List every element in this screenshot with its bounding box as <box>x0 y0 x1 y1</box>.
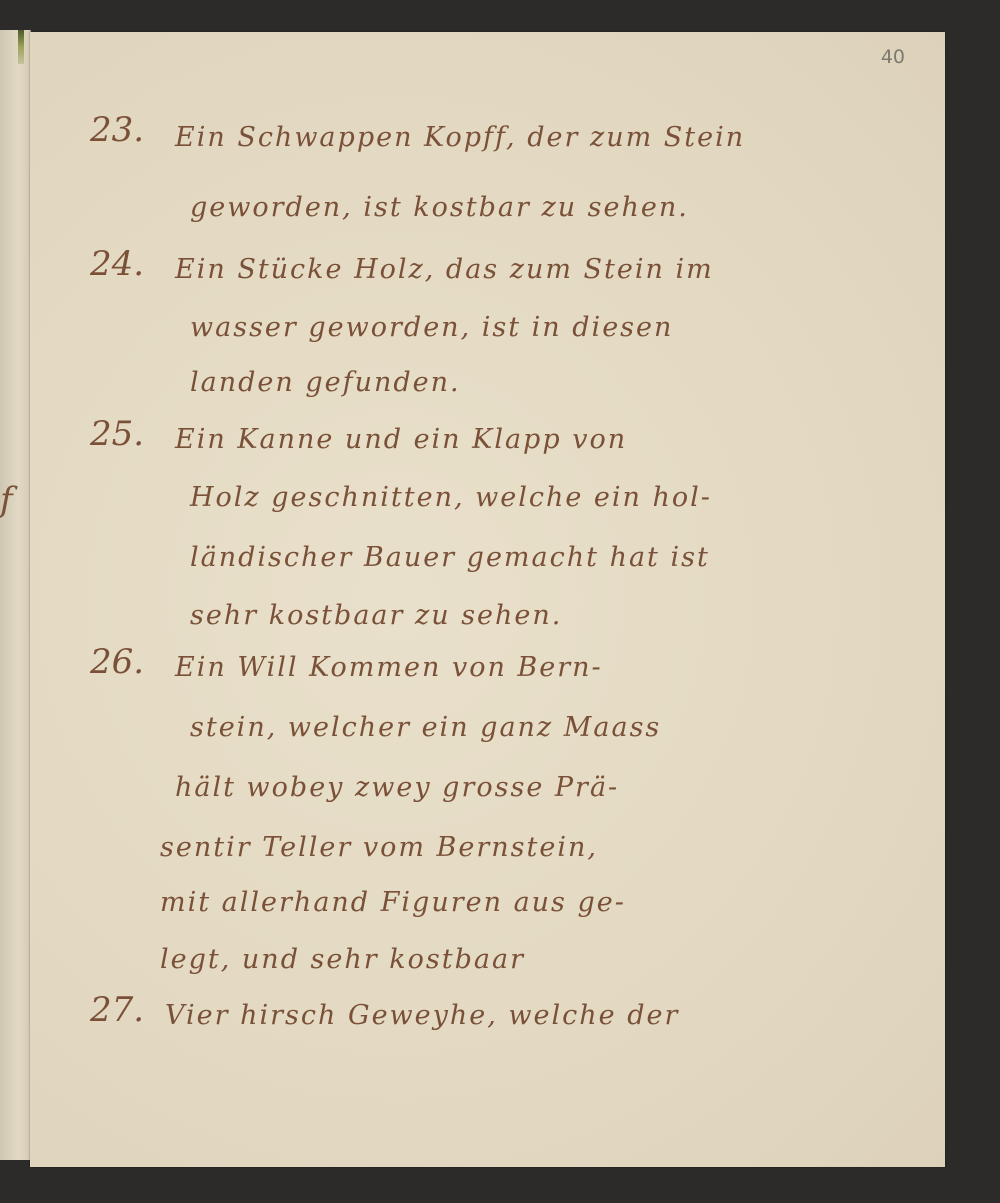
entry-line: ländischer Bauer gemacht hat ist <box>190 542 710 573</box>
facing-page-fragment: f <box>0 480 13 520</box>
entry-line: Holz geschnitten, welche ein hol- <box>190 482 712 513</box>
facing-page-edge: f <box>0 30 31 1160</box>
entry-line: sehr kostbaar zu sehen. <box>190 600 562 631</box>
entry-number: 23. <box>90 110 144 150</box>
manuscript-page: 40 23. Ein Schwappen Kopff, der zum Stei… <box>30 32 945 1167</box>
entry-number: 26. <box>90 642 144 682</box>
entry-line: stein, welcher ein ganz Maass <box>190 712 661 743</box>
entry-line: Ein Stücke Holz, das zum Stein im <box>175 254 714 285</box>
entry-number: 24. <box>90 244 144 284</box>
entry-line: landen gefunden. <box>190 367 461 398</box>
entry-number: 25. <box>90 414 144 454</box>
entry-line: Ein Kanne und ein Klapp von <box>175 424 627 455</box>
entry-line: geworden, ist kostbar zu sehen. <box>190 192 689 223</box>
entry-line: sentir Teller vom Bernstein, <box>160 832 598 863</box>
page-number: 40 <box>881 46 905 68</box>
entry-line: legt, und sehr kostbaar <box>160 944 525 975</box>
entry-line: Ein Will Kommen von Bern- <box>175 652 603 683</box>
entry-line: mit allerhand Figuren aus ge- <box>160 887 626 918</box>
entry-number: 27. <box>90 990 144 1030</box>
entry-line: wasser geworden, ist in diesen <box>190 312 673 343</box>
binding-mark <box>18 30 24 64</box>
entry-line: Ein Schwappen Kopff, der zum Stein <box>175 122 745 153</box>
entry-line: hält wobey zwey grosse Prä- <box>175 772 619 803</box>
entry-line: Vier hirsch Geweyhe, welche der <box>165 1000 679 1031</box>
